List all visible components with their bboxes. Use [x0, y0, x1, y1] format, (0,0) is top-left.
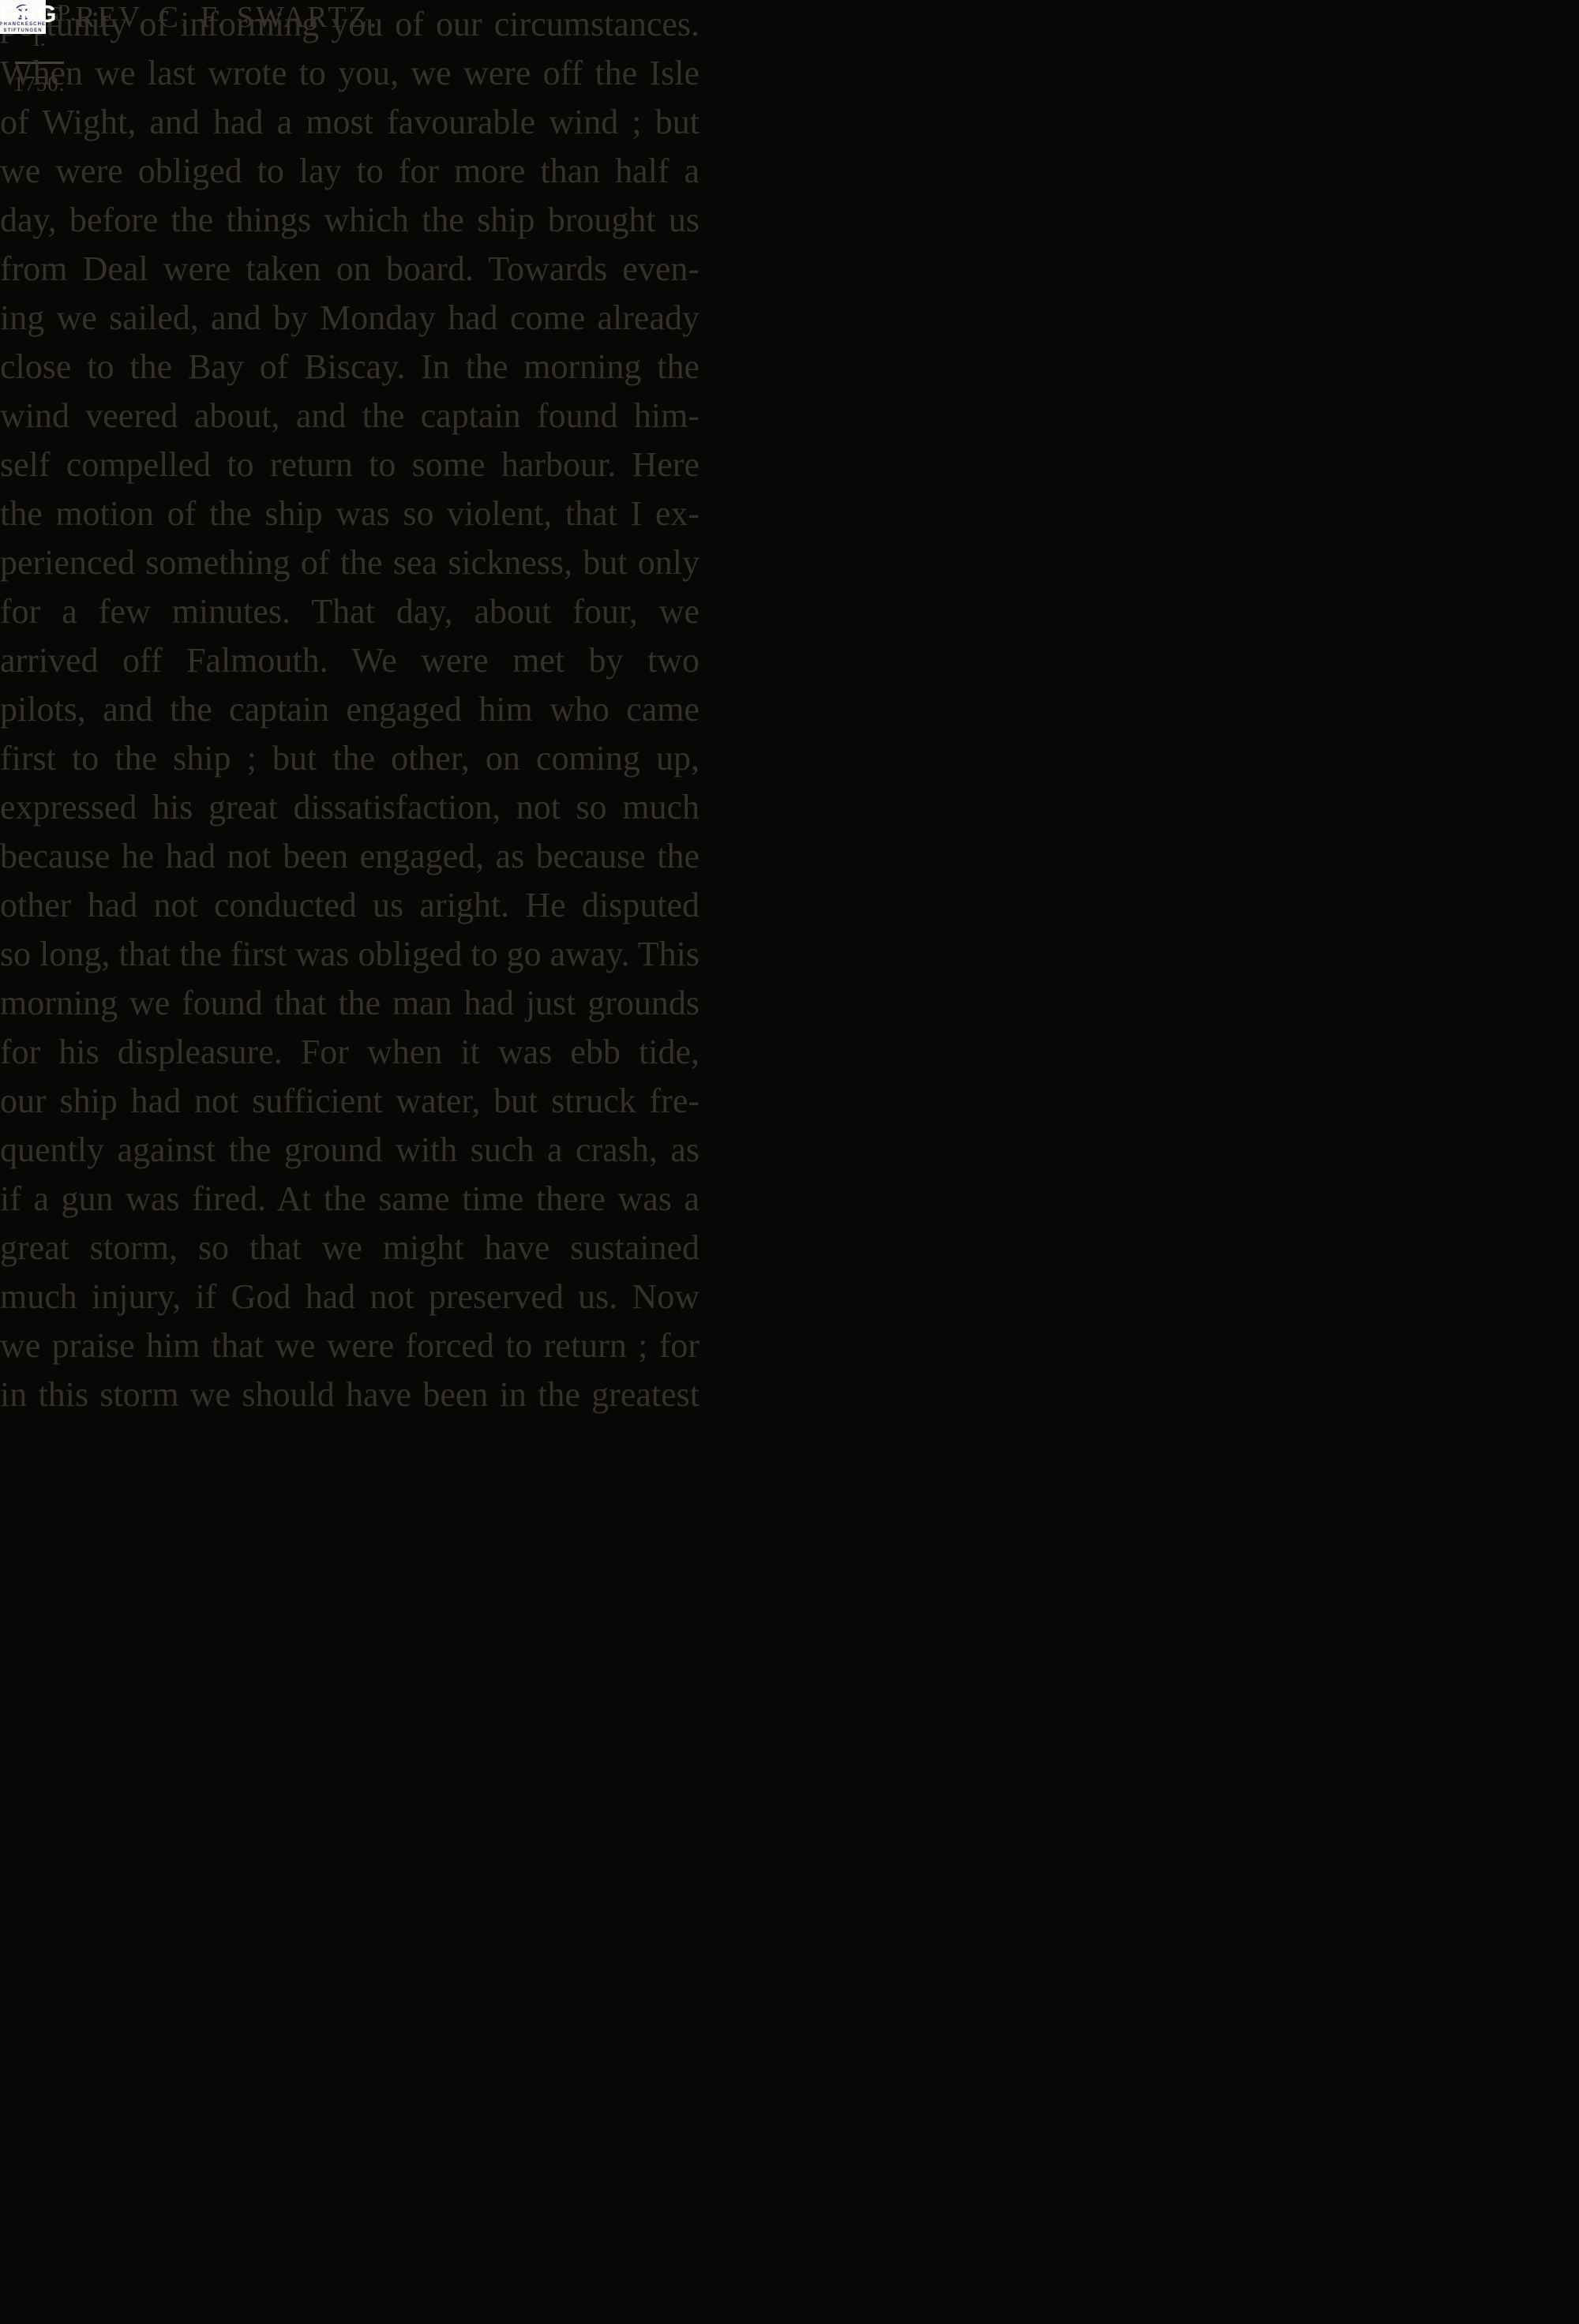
- body-text-line: first to the ship ; but the other, on co…: [0, 734, 699, 783]
- body-text-line: portunity of informing you of our circum…: [0, 0, 699, 49]
- body-text-line: because he had not been engaged, as beca…: [0, 832, 699, 881]
- body-text-line: from Deal were taken on board. Towards e…: [0, 245, 699, 294]
- body-text-line: so long, that the first was obliged to g…: [0, 930, 699, 979]
- body-text-line: perienced something of the sea sickness,…: [0, 538, 699, 587]
- body-text-line: we were obliged to lay to for more than …: [0, 147, 699, 196]
- body-text-line: self compelled to return to some harbour…: [0, 440, 699, 489]
- body-text-line: close to the Bay of Biscay. In the morni…: [0, 343, 699, 392]
- body-text-line: expressed his great dissatisfaction, not…: [0, 783, 699, 832]
- body-text-line: wind veered about, and the captain found…: [0, 392, 699, 440]
- body-text-line: of Wight, and had a most favourable wind…: [0, 98, 699, 147]
- body-text-line: quently against the ground with such a c…: [0, 1126, 699, 1175]
- body-text-line: if a gun was fired. At the same time the…: [0, 1175, 699, 1224]
- body-text-line: pilots, and the captain engaged him who …: [0, 685, 699, 734]
- library-logo-text-line2: STIFTUNGEN: [3, 28, 42, 34]
- dfg-logo-text: DFG: [0, 0, 58, 28]
- body-text-line: arrived off Falmouth. We were met by two: [0, 636, 699, 685]
- body-text: portunity of informing you of our circum…: [0, 0, 699, 1419]
- body-text-line: our ship had not sufficient water, but s…: [0, 1077, 699, 1126]
- body-text-line: the motion of the ship was so violent, t…: [0, 489, 699, 538]
- body-text-line: ing we sailed, and by Monday had come al…: [0, 294, 699, 343]
- scanned-book-photo: THE REV. C. F. SWARTZ. 69 CHAP. I. 1750.…: [0, 0, 1579, 2324]
- body-text-line: for a few minutes. That day, about four,…: [0, 587, 699, 636]
- body-text-line: for his displeasure. For when it was ebb…: [0, 1028, 699, 1077]
- body-text-line: morning we found that the man had just g…: [0, 979, 699, 1028]
- body-text-line: in this storm we should have been in the…: [0, 1370, 699, 1419]
- body-text-line: day, before the things which the ship br…: [0, 196, 699, 245]
- body-text-line: much injury, if God had not preserved us…: [0, 1273, 699, 1321]
- body-text-line: we praise him that we were forced to ret…: [0, 1321, 699, 1370]
- body-text-line: other had not conducted us aright. He di…: [0, 881, 699, 930]
- body-text-line: great storm, so that we might have susta…: [0, 1224, 699, 1273]
- body-text-line: When we last wrote to you, we were off t…: [0, 49, 699, 98]
